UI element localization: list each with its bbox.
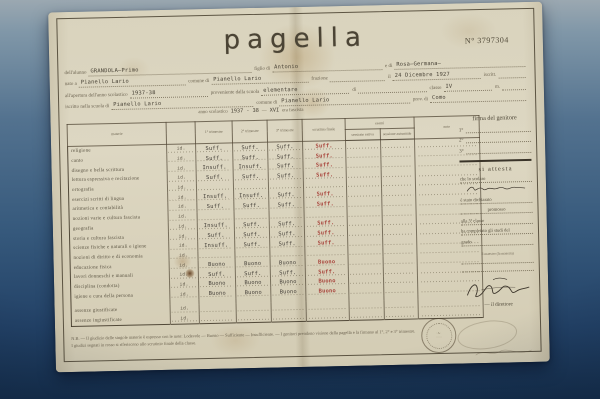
stamp-text-top: · A · — [436, 332, 441, 336]
form-label: iscritto nella scuola di — [65, 104, 109, 110]
parent-signature-line: 3° — [459, 142, 531, 154]
form-label: prov. di — [413, 97, 428, 102]
form-label: comune di — [256, 100, 277, 105]
separator: — — [262, 109, 267, 114]
signature-dots — [466, 151, 532, 153]
col-header-finale: scrutinio finale — [302, 118, 345, 141]
form-label: frazione — [311, 77, 327, 82]
school-year-label: anno scolastico — [198, 110, 228, 116]
col-header-t1: 1° trimestre — [195, 121, 232, 144]
grade-finale — [306, 311, 349, 322]
subjects-table: materie1° trimestre2° trimestre3° trimes… — [67, 115, 484, 327]
form-label: comune di — [188, 79, 209, 84]
col-header-es1: sessione estiva — [345, 129, 380, 141]
aux-cell: id. — [168, 222, 197, 232]
photo-background: pagella N° 3797304 dell'alunnoGRANDOLA—P… — [0, 0, 600, 399]
signature-ordinal: 2° — [459, 138, 464, 143]
form-label: proveniente dalla scuola — [211, 89, 260, 95]
attestation-completed-1: ha completato gli studi del — [461, 227, 533, 236]
aux-cell: id. — [170, 314, 199, 325]
pencil-scribble — [473, 344, 533, 359]
parent-signature-line: 1° — [459, 121, 531, 133]
form-value: 1937-38 — [129, 89, 207, 99]
aux-cell: id. — [168, 231, 197, 241]
aux-cell: id. — [170, 290, 199, 300]
form-label: classe — [429, 85, 441, 90]
form-label: figlio di — [254, 67, 270, 72]
pupil-name-handwriting — [465, 183, 527, 193]
col-header-es2: sessione autunnale — [380, 128, 415, 140]
note-cell — [418, 308, 483, 320]
stamp-text-bottom: ······ — [436, 335, 442, 339]
aux-cell: id. — [167, 144, 196, 155]
attestation-completed-2: grado — [461, 238, 533, 247]
attestation-heading: si attesta — [460, 165, 532, 174]
form-label: il — [388, 75, 391, 80]
divider-rule — [459, 158, 531, 162]
grade-t1 — [199, 313, 236, 324]
col-header-t3: 3° trimestre — [267, 119, 302, 142]
grades-table-wrap: materie1° trimestre2° trimestre3° trimes… — [67, 115, 484, 327]
pagella-paper: pagella N° 3797304 dell'alunnoGRANDOLA—P… — [48, 2, 550, 373]
serial-number: N° 3797304 — [465, 35, 509, 45]
signature-ordinal: 1° — [459, 128, 464, 133]
aux-cell: id. — [167, 164, 196, 174]
signature-ordinal: 3° — [459, 149, 464, 154]
exam-cell-2 — [384, 309, 419, 320]
parent-signature-lines: 1°2°3° — [459, 121, 532, 154]
form-label: di — [352, 87, 356, 92]
attestation-line-classe: alla 5ª classe — [461, 217, 533, 226]
grade-t2 — [236, 312, 271, 323]
subjects-table-body: religioneid.Suff.Suff.Suff.Suff.cantoid.… — [68, 138, 484, 327]
fascist-era-value: XVI — [270, 107, 280, 113]
form-label: nato a — [65, 82, 77, 87]
parent-signature-line: 2° — [459, 131, 531, 143]
form-label: iscritt. — [484, 73, 497, 78]
grade-t3 — [271, 312, 306, 323]
director-signature — [463, 275, 534, 303]
form-label: dell'alunno — [64, 71, 86, 76]
form-label: e di — [385, 64, 392, 69]
exam-cell-1 — [349, 310, 384, 321]
col-header-aux — [166, 122, 195, 145]
form-label: m. — [495, 84, 500, 89]
form-value: IV — [443, 82, 492, 91]
subject-name: assenze ingiustificate — [71, 315, 170, 327]
attestation-line-stato: è stato dichiarato — [460, 196, 532, 205]
blank-dotted-line — [462, 263, 534, 273]
school-year-value: 1937 - 38 — [231, 108, 259, 115]
col-header-t2: 2° trimestre — [232, 120, 267, 143]
attestation-line-promosso: promosso — [460, 206, 532, 215]
fascist-era-label: era fascista — [282, 108, 304, 113]
col-header-materie: materie — [67, 122, 166, 146]
aux-cell: id. — [167, 154, 196, 164]
right-panel: firma del genitore 1°2°3° si attesta che… — [458, 114, 534, 308]
